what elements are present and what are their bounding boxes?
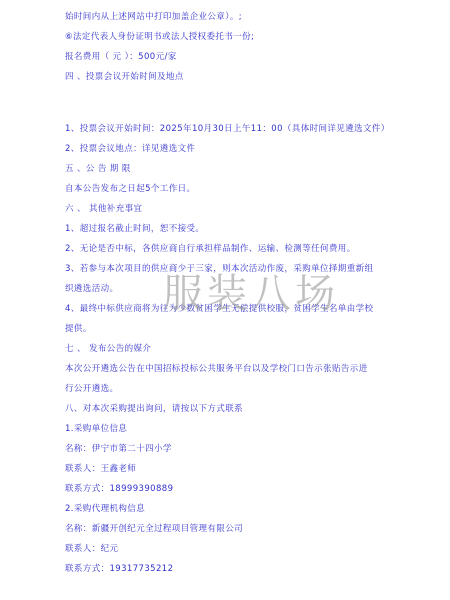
doc-line: 2、投票会议地点：详见遴选文件 (65, 142, 195, 154)
section-heading-5: 五 、公 告 期 限 (65, 162, 131, 174)
doc-line: ⑥法定代表人身份证明书或法人授权委托书一份; (65, 30, 254, 42)
watermark: 服装八场 (163, 262, 339, 319)
doc-line: 联系方式：19317735212 (65, 562, 173, 574)
doc-line: 名称：伊宁市第二十四小学 (65, 442, 172, 454)
doc-line: 织遴选活动。 (65, 282, 118, 294)
doc-line: 联系人：王鑫老师 (65, 462, 136, 474)
section-heading-8: 八、对本次采购提出询问，请按以下方式联系 (65, 402, 243, 414)
doc-line: 联系人：纪元 (65, 542, 118, 554)
doc-line: 自本公告发布之日起5个工作日。 (65, 182, 195, 194)
doc-line: 2、无论是否中标，各供应商自行承担样品制作、运输、检测等任何费用。 (65, 242, 356, 254)
doc-line: 1.采购单位信息 (65, 422, 127, 434)
doc-line: 名称：新疆开创纪元全过程项目管理有限公司 (65, 522, 243, 534)
doc-line: 1、超过报名截止时间，恕不接受。 (65, 222, 204, 234)
doc-line: 1、投票会议开始时间：2025年10月30日上午11：00（具体时间详见遴选文件… (65, 122, 390, 134)
doc-line: 报名费用（ 元 ）：500元/家 (65, 50, 177, 62)
doc-line: 本次公开遴选公告在中国招标投标公共服务平台以及学校门口告示张贴告示进 (65, 362, 368, 374)
section-heading-7: 七 、 发布公告的媒介 (65, 342, 151, 354)
doc-line: 行公开遴选。 (65, 382, 118, 394)
section-heading-4: 四 、投票会议开始时间及地点 (65, 70, 184, 82)
doc-line: 联系方式：18999390889 (65, 482, 173, 494)
section-heading-6: 六 、 其他补充事宜 (65, 202, 142, 214)
doc-line: 提供。 (65, 322, 92, 334)
doc-line: 2.采购代理机构信息 (65, 502, 145, 514)
doc-line: 始时间内从上述网站中打印加盖企业公章）。; (65, 10, 242, 22)
